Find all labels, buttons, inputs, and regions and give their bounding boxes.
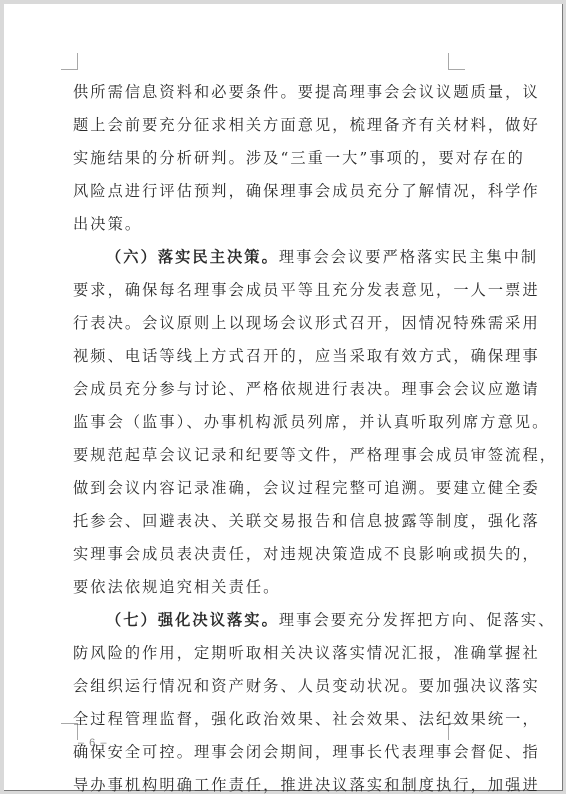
- text-line: 风险点进行评估预判，确保理事会成员充分了解情况，科学作: [73, 175, 491, 208]
- section-heading-line: （七）强化决议落实。理事会要充分发挥把方向、促落实、: [73, 604, 491, 637]
- text-line: 会组织运行情况和资产财务、人员变动状况。要加强决议落实: [73, 670, 491, 703]
- text-line: 要规范起草会议记录和纪要等文件，严格理事会成员审签流程，: [73, 439, 491, 472]
- text-line: 实理事会成员表决责任，对违规决策造成不良影响或损失的，: [73, 538, 491, 571]
- text-line: 出决策。: [73, 208, 491, 241]
- text-line: 全过程管理监督，强化政治效果、社会效果、法纪效果统一，: [73, 703, 491, 736]
- text-line: 监事会（监事）、办事机构派员列席，并认真听取列席方意见。: [73, 406, 491, 439]
- text-line: 供所需信息资料和必要条件。要提高理事会会议议题质量，议: [73, 76, 491, 109]
- page-number: – 6 –: [78, 737, 107, 749]
- text-line: 做到会议内容记录准确，会议过程完整可追溯。要建立健全委: [73, 472, 491, 505]
- text-line: 确保安全可控。理事会闭会期间，理事长代表理事会督促、指: [73, 736, 491, 769]
- text-line: 要求，确保每名理事会成员平等且充分发表意见，一人一票进: [73, 274, 491, 307]
- text-line: 会成员充分参与讨论、严格依规进行表决。理事会会议应邀请: [73, 373, 491, 406]
- text-line: 要依法依规追究相关责任。: [73, 571, 491, 604]
- document-page: 供所需信息资料和必要条件。要提高理事会会议议题质量，议 题上会前要充分征求相关方…: [4, 4, 563, 791]
- text-line: 行表决。会议原则上以现场会议形式召开，因情况特殊需采用: [73, 307, 491, 340]
- section-heading: （七）强化决议落实。: [106, 611, 279, 629]
- text-line: 题上会前要充分征求相关方面意见，梳理备齐有关材料，做好: [73, 109, 491, 142]
- text-span: 理事会要充分发挥把方向、促落实、: [279, 611, 556, 629]
- text-span: 理事会会议要严格落实民主集中制: [279, 248, 538, 266]
- text-line: 防风险的作用，定期听取相关决议落实情况汇报，准确掌握社: [73, 637, 491, 670]
- corner-crop-mark-top-right: [448, 53, 465, 70]
- text-line: 托参会、回避表决、关联交易报告和信息披露等制度，强化落: [73, 505, 491, 538]
- text-line: 导办事机构明确工作责任，推进决议落实和制度执行，加强进: [73, 769, 491, 794]
- corner-crop-mark-top-left: [61, 53, 78, 70]
- text-line: 实施结果的分析研判。涉及“三重一大”事项的，要对存在的: [73, 142, 491, 175]
- section-heading: （六）落实民主决策。: [106, 248, 279, 266]
- document-body: 供所需信息资料和必要条件。要提高理事会会议议题质量，议 题上会前要充分征求相关方…: [73, 76, 491, 794]
- section-heading-line: （六）落实民主决策。理事会会议要严格落实民主集中制: [73, 241, 491, 274]
- text-line: 视频、电话等线上方式召开的，应当采取有效方式，确保理事: [73, 340, 491, 373]
